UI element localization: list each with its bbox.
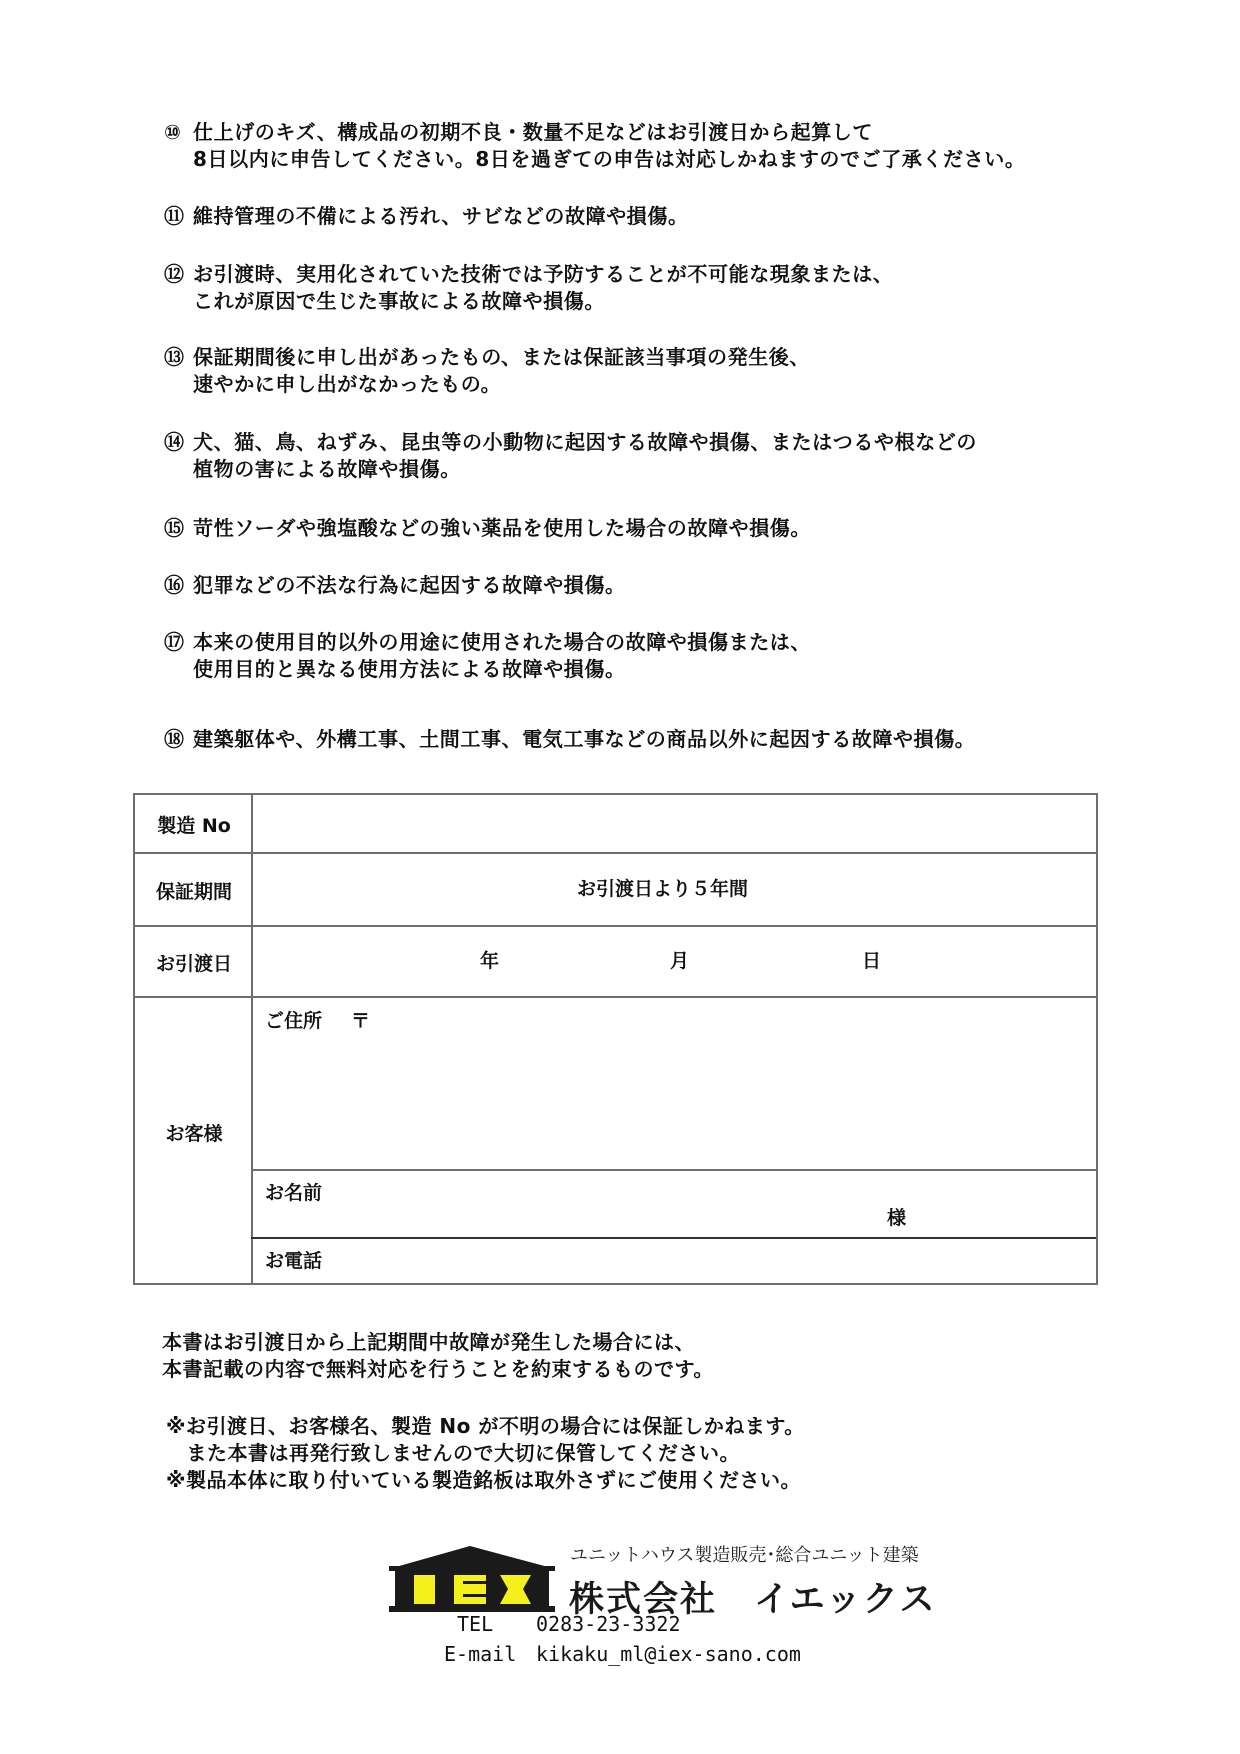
- item-line: 犬、猫、鳥、ねずみ、昆虫等の小動物に起因する故障や損傷、またはつるや根などの: [193, 430, 977, 454]
- warranty-period-value: お引渡日より５年間: [577, 874, 748, 901]
- row-divider: [135, 925, 1096, 927]
- item-number: ⑫: [164, 261, 193, 288]
- item-line: 維持管理の不備による汚れ、サビなどの故障や損傷。: [193, 204, 689, 228]
- exclusion-item-18: ⑱建築躯体や、外構工事、土間工事、電気工事などの商品以外に起因する故障や損傷。: [164, 726, 975, 753]
- item-line: 仕上げのキズ、構成品の初期不良・数量不足などはお引渡日から起算して: [193, 120, 873, 144]
- item-number: ⑬: [164, 344, 193, 371]
- column-divider: [251, 795, 253, 1283]
- exclusion-item-16: ⑯犯罪などの不法な行為に起因する故障や損傷。: [164, 572, 626, 599]
- delivery-year-unit: 年: [480, 946, 499, 973]
- warranty-notes: ※お引渡日、お客様名、製造 No が不明の場合には保証しかねます。 また本書は再…: [166, 1413, 805, 1494]
- row-divider: [251, 1169, 1096, 1171]
- item-line: 速やかに申し出がなかったもの。: [164, 371, 810, 398]
- exclusion-item-15: ⑮苛性ソーダや強塩酸などの強い薬品を使用した場合の故障や損傷。: [164, 515, 811, 542]
- item-number: ⑪: [164, 203, 193, 230]
- address-label: ご住所: [265, 1006, 322, 1033]
- item-line: 建築躯体や、外構工事、土間工事、電気工事などの商品以外に起因する故障や損傷。: [193, 727, 975, 751]
- company-tagline: ユニットハウス製造販売･総合ユニット建築: [570, 1541, 919, 1567]
- name-suffix: 様: [887, 1203, 906, 1230]
- item-line: 植物の害による故障や損傷。: [164, 456, 977, 483]
- note-line: また本書は再発行致しませんので大切に保管してください。: [166, 1440, 805, 1467]
- note-line: ※製品本体に取り付いている製造銘板は取外さずにご使用ください。: [166, 1467, 805, 1494]
- item-line: 使用目的と異なる使用方法による故障や損傷。: [164, 656, 811, 683]
- statement-line: 本書はお引渡日から上記期間中故障が発生した場合には、: [162, 1329, 714, 1356]
- delivery-month-unit: 月: [670, 946, 689, 973]
- item-line: 本来の使用目的以外の用途に使用された場合の故障や損傷または、: [193, 630, 811, 654]
- iex-house-logo-icon: [389, 1544, 555, 1614]
- address-field[interactable]: [265, 1035, 1085, 1161]
- item-number: ⑮: [164, 515, 193, 542]
- customer-label: お客様: [135, 1119, 253, 1146]
- note-line: ※お引渡日、お客様名、製造 No が不明の場合には保証しかねます。: [166, 1413, 805, 1440]
- statement-line: 本書記載の内容で無料対応を行うことを約束するものです。: [162, 1356, 714, 1383]
- name-label: お名前: [265, 1178, 322, 1205]
- row-divider: [135, 852, 1096, 854]
- email-address[interactable]: kikaku_ml@iex-sano.com: [536, 1642, 801, 1666]
- tel-label: TEL: [457, 1612, 493, 1636]
- item-line: お引渡時、実用化されていた技術では予防することが不可能な現象または、: [193, 262, 893, 286]
- item-number: ⑭: [164, 429, 193, 456]
- serial-number-label: 製造 No: [135, 811, 253, 838]
- exclusion-item-13: ⑬保証期間後に申し出があったもの、または保証該当事項の発生後、 速やかに申し出が…: [164, 344, 810, 398]
- exclusion-item-11: ⑪維持管理の不備による汚れ、サビなどの故障や損傷。: [164, 203, 689, 230]
- company-logo: [389, 1544, 555, 1614]
- exclusion-item-17: ⑰本来の使用目的以外の用途に使用された場合の故障や損傷または、 使用目的と異なる…: [164, 629, 811, 683]
- exclusion-item-10: ⑩仕上げのキズ、構成品の初期不良・数量不足などはお引渡日から起算して 8日以内に…: [164, 119, 1025, 173]
- item-line: 8日以内に申告してください。8日を過ぎての申告は対応しかねますのでご了承ください…: [164, 146, 1025, 173]
- item-line: 苛性ソーダや強塩酸などの強い薬品を使用した場合の故障や損傷。: [193, 516, 811, 540]
- row-divider: [135, 996, 1096, 998]
- warranty-statement: 本書はお引渡日から上記期間中故障が発生した場合には、 本書記載の内容で無料対応を…: [162, 1329, 714, 1383]
- delivery-day-unit: 日: [862, 946, 881, 973]
- warranty-period-label: 保証期間: [135, 877, 253, 904]
- tel-number[interactable]: 0283-23-3322: [536, 1612, 681, 1636]
- item-line: 犯罪などの不法な行為に起因する故障や損傷。: [193, 573, 626, 597]
- item-number: ⑩: [164, 119, 193, 146]
- email-label: E-mail: [444, 1642, 516, 1666]
- postal-mark: 〒: [351, 1006, 370, 1033]
- item-line: 保証期間後に申し出があったもの、または保証該当事項の発生後、: [193, 345, 810, 369]
- item-number: ⑯: [164, 572, 193, 599]
- delivery-date-label: お引渡日: [135, 949, 253, 976]
- item-line: これが原因で生じた事故による故障や損傷。: [164, 288, 893, 315]
- item-number: ⑱: [164, 726, 193, 753]
- warranty-form-table: 製造 No 保証期間 お引渡日より５年間 お引渡日 年 月 日 お客様 ご住所 …: [133, 793, 1098, 1285]
- serial-number-field[interactable]: [265, 811, 1085, 837]
- row-divider: [251, 1237, 1096, 1239]
- exclusion-item-12: ⑫お引渡時、実用化されていた技術では予防することが不可能な現象または、 これが原…: [164, 261, 893, 315]
- phone-label: お電話: [265, 1246, 322, 1273]
- exclusion-item-14: ⑭犬、猫、鳥、ねずみ、昆虫等の小動物に起因する故障や損傷、またはつるや根などの …: [164, 429, 977, 483]
- item-number: ⑰: [164, 629, 193, 656]
